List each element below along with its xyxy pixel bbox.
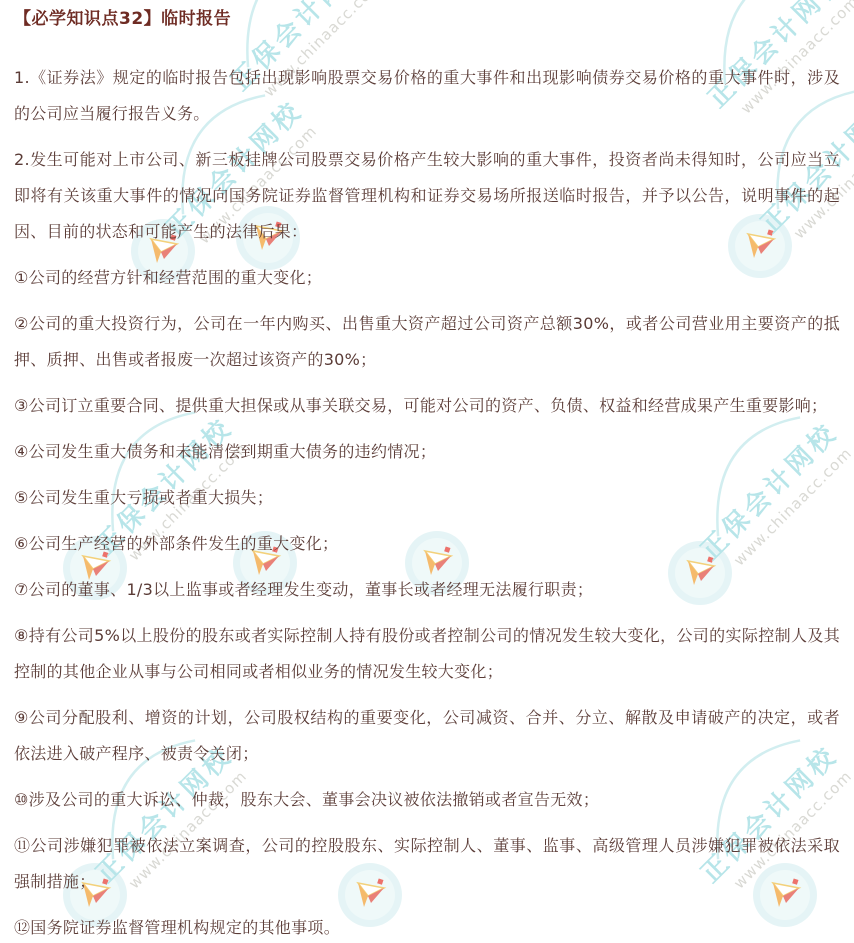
paragraph-2: 2.发生可能对上市公司、新三板挂牌公司股票交易价格产生较大影响的重大事件，投资者…	[14, 142, 840, 250]
list-item-1: ①公司的经营方针和经营范围的重大变化；	[14, 260, 840, 296]
list-item-8: ⑧持有公司5%以上股份的股东或者实际控制人持有股份或者控制公司的情况发生较大变化…	[14, 618, 840, 690]
list-item-9: ⑨公司分配股利、增资的计划，公司股权结构的重要变化，公司减资、合并、分立、解散及…	[14, 700, 840, 772]
list-item-2: ②公司的重大投资行为，公司在一年内购买、出售重大资产超过公司资产总额30%，或者…	[14, 306, 840, 378]
list-item-11: ⑪公司涉嫌犯罪被依法立案调查，公司的控股股东、实际控制人、董事、监事、高级管理人…	[14, 828, 840, 900]
list-item-10: ⑩涉及公司的重大诉讼、仲裁，股东大会、董事会决议被依法撤销或者宣告无效；	[14, 782, 840, 818]
list-item-12: ⑫国务院证券监督管理机构规定的其他事项。	[14, 910, 840, 943]
list-item-3: ③公司订立重要合同、提供重大担保或从事关联交易，可能对公司的资产、负债、权益和经…	[14, 388, 840, 424]
list-item-4: ④公司发生重大债务和未能清偿到期重大债务的违约情况；	[14, 434, 840, 470]
list-item-5: ⑤公司发生重大亏损或者重大损失；	[14, 480, 840, 516]
paragraph-1: 1.《证券法》规定的临时报告包括出现影响股票交易价格的重大事件和出现影响债券交易…	[14, 60, 840, 132]
list-item-7: ⑦公司的董事、1/3以上监事或者经理发生变动，董事长或者经理无法履行职责；	[14, 572, 840, 608]
document-body: 【必学知识点32】临时报告 1.《证券法》规定的临时报告包括出现影响股票交易价格…	[0, 0, 854, 943]
list-item-6: ⑥公司生产经营的外部条件发生的重大变化；	[14, 526, 840, 562]
page-title: 【必学知识点32】临时报告	[14, 8, 840, 30]
